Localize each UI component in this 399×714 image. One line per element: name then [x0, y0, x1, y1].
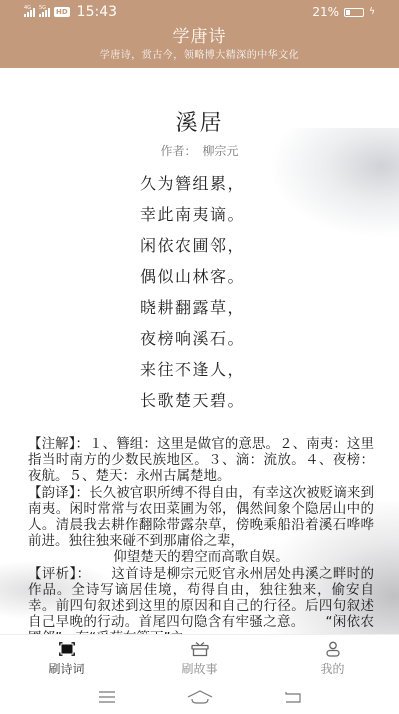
tab-label: 刷诗词 [48, 660, 84, 677]
app-header: 4G 5G HD 15:43 21% ϟ 学唐诗 学唐诗，赏古今，领略博大精深的… [0, 0, 399, 68]
battery-icon [344, 8, 364, 17]
author-name: 柳宗元 [203, 144, 239, 158]
menu-icon [98, 691, 116, 703]
poem-line: 幸此南夷谪。 [140, 199, 245, 230]
poem-line: 闲依农圃邻， [140, 230, 245, 261]
poem-line: 偶似山林客。 [140, 261, 245, 292]
translation-last-line: 仰望楚天的碧空而高歌自娱。 [28, 549, 374, 565]
signal-5g-icon: 5G [39, 7, 50, 17]
poem-line: 长歌楚天碧。 [140, 385, 245, 416]
gift-box-icon [191, 641, 209, 657]
tab-label: 我的 [320, 660, 344, 677]
author-label: 作者： [160, 144, 196, 158]
scan-frame-icon [58, 641, 76, 657]
tab-shua-gushi[interactable]: 刷故事 [133, 635, 266, 680]
app-title: 学唐诗 [0, 22, 399, 47]
tab-shua-shici[interactable]: 刷诗词 [0, 635, 133, 680]
poem-notes: 【注解】：１、簪组：这里是做官的意思。２、南夷：这里指当时南方的少数民族地区。３… [28, 436, 374, 634]
tab-wode[interactable]: 我的 [266, 635, 399, 680]
status-bar: 4G 5G HD 15:43 21% ϟ [0, 0, 399, 24]
back-icon [283, 691, 303, 703]
translation-text: 【韵译】：长久被官职所缚不得自由，有幸这次被贬谪来到南夷。闲时常常与农田菜圃为邻… [28, 485, 374, 550]
battery-percent: 21% [312, 5, 339, 19]
poem-line: 久为簪组累， [140, 168, 245, 199]
menu-nav-button[interactable] [87, 687, 127, 707]
system-nav-bar [0, 680, 399, 714]
signal-4g-icon: 4G [24, 7, 35, 17]
back-nav-button[interactable] [273, 687, 313, 707]
home-nav-button[interactable] [180, 687, 220, 707]
charging-icon: ϟ [369, 7, 375, 17]
hd-voice-icon: HD [54, 7, 70, 17]
user-icon [324, 641, 342, 657]
tab-label: 刷故事 [181, 660, 217, 677]
home-icon [187, 690, 213, 704]
poem-author: 作者：柳宗元 [0, 142, 399, 159]
poem-line: 来往不逢人， [140, 354, 245, 385]
bottom-tab-bar: 刷诗词 刷故事 我的 [0, 634, 399, 680]
poem-line: 夜榜响溪石。 [140, 323, 245, 354]
analysis-text: 【评析】： 这首诗是柳宗元贬官永州居处冉溪之畔时的作品。全诗写谪居佳境，苟得自由… [28, 566, 374, 634]
poem-content[interactable]: 溪居 作者：柳宗元 久为簪组累， 幸此南夷谪。 闲依农圃邻， 偶似山林客。 晓耕… [0, 68, 399, 634]
poem-title: 溪居 [0, 106, 399, 137]
clock: 15:43 [77, 4, 117, 20]
app-subtitle: 学唐诗，赏古今，领略博大精深的中华文化 [0, 46, 399, 61]
annotation-text: 【注解】：１、簪组：这里是做官的意思。２、南夷：这里指当时南方的少数民族地区。３… [28, 436, 374, 485]
poem-lines: 久为簪组累， 幸此南夷谪。 闲依农圃邻， 偶似山林客。 晓耕翻露草， 夜榜响溪石… [140, 168, 245, 416]
poem-line: 晓耕翻露草， [140, 292, 245, 323]
